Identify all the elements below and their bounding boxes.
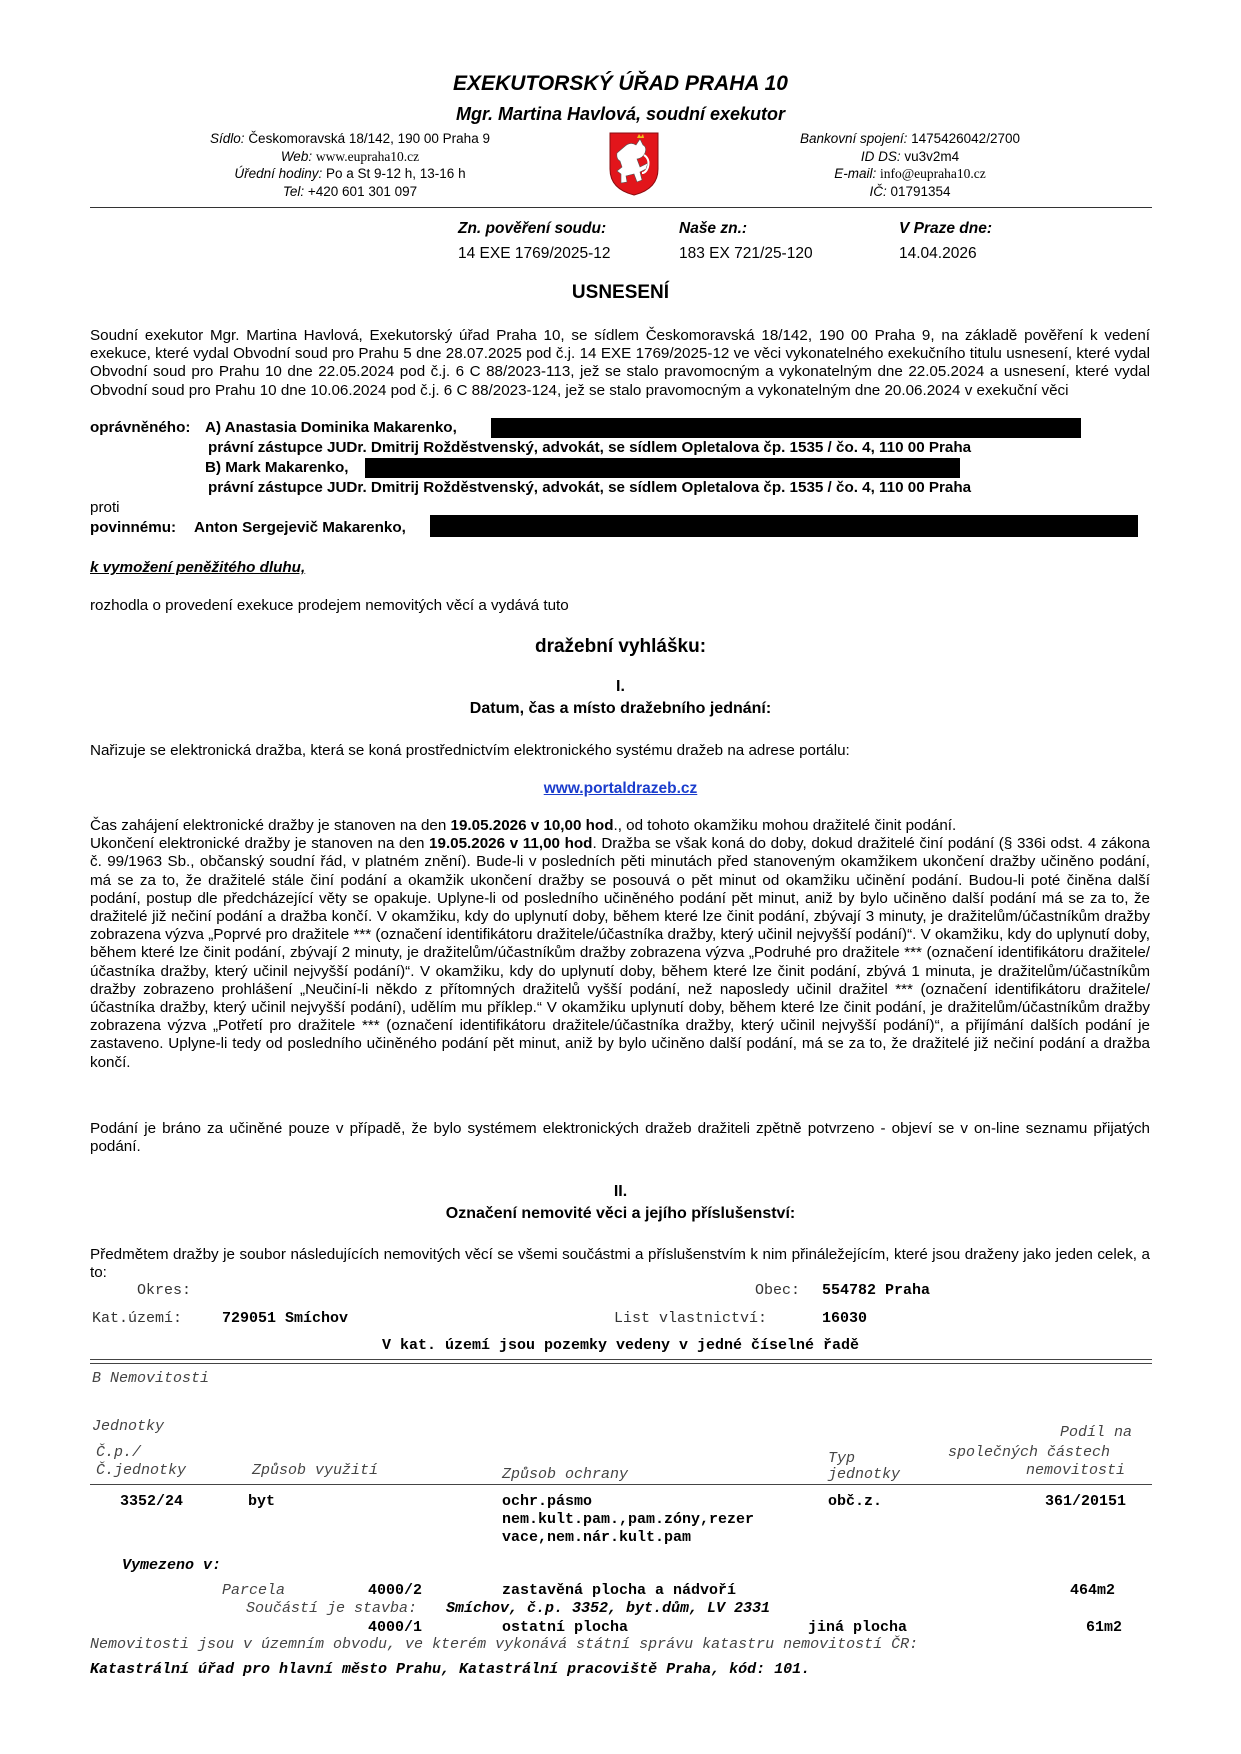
building-value: Smíchov, č.p. 3352, byt.dům, LV 2331 (446, 1600, 770, 1617)
our-reference: Naše zn.: 183 EX 721/25-120 (679, 216, 813, 266)
section-2-number: II. (0, 1183, 1241, 1201)
auction-notice-title: dražební vyhlášku: (0, 636, 1241, 658)
our-reference-label: Naše zn.: (679, 216, 813, 241)
redaction-bar (430, 515, 1138, 537)
unit-use: byt (248, 1493, 275, 1510)
parcel-area: 61m2 (1086, 1619, 1122, 1636)
court-reference-value: 14 EXE 1769/2025-12 (458, 241, 611, 266)
party-b-representative: právní zástupce JUDr. Dmitrij Rožděstven… (208, 478, 971, 498)
obec-value: 554782 Praha (822, 1282, 930, 1299)
col-protection: Způsob ochrany (502, 1466, 628, 1483)
start-text: Čas zahájení elektronické dražby je stan… (90, 817, 451, 834)
section-1-intro: Nařizuje se elektronická dražba, která s… (90, 742, 850, 759)
portal-link-wrap: www.portaldrazeb.cz (0, 780, 1241, 798)
obec-label: Obec: (755, 1282, 800, 1299)
end-text: Ukončení elektronické dražby je stanoven… (90, 835, 429, 852)
col-cp-1: Č.p./ (96, 1444, 141, 1461)
intro-paragraph: Soudní exekutor Mgr. Martina Havlová, Ex… (90, 327, 1150, 400)
start-text-post: ., od tohoto okamžiku mohou dražitelé či… (613, 817, 956, 834)
party-a-name: A) Anastasia Dominika Makarenko, (205, 418, 457, 438)
auction-timing-paragraph: Čas zahájení elektronické dražby je stan… (90, 817, 1150, 1072)
cadastral-area-value: 729051 Smíchov (222, 1310, 348, 1327)
document-title: USNESENÍ (0, 282, 1241, 304)
party-a-representative: právní zástupce JUDr. Dmitrij Rožděstven… (208, 438, 971, 458)
parcel-kind: Parcela (222, 1582, 285, 1599)
party-b-name: B) Mark Makarenko, (205, 458, 349, 478)
our-reference-value: 183 EX 721/25-120 (679, 241, 813, 266)
czech-lion-coat-of-arms-icon (608, 131, 660, 197)
ds-value: vu3v2m4 (904, 149, 959, 164)
entitled-label: oprávněného: (90, 418, 190, 438)
section-1-number: I. (0, 678, 1241, 696)
end-text-post: . Dražba se však koná do doby, dokud dra… (90, 835, 1150, 1070)
defined-in-label: Vymezeno v: (122, 1557, 221, 1574)
building-label: Součástí je stavba: (246, 1600, 417, 1617)
seat-label: Sídlo: (210, 131, 245, 146)
units-label: Jednotky (92, 1418, 164, 1435)
ownership-sheet-value: 16030 (822, 1310, 867, 1327)
parcel-use: ostatní plocha (502, 1619, 628, 1636)
web-label: Web: (281, 149, 312, 164)
section-2-title: Označení nemovité věci a jejího přísluše… (0, 1205, 1241, 1223)
obliged-label: povinnému: (90, 518, 176, 538)
office-contact-left: Sídlo: Českomoravská 18/142, 190 00 Prah… (180, 130, 520, 200)
court-reference: Zn. pověření soudu: 14 EXE 1769/2025-12 (458, 216, 611, 266)
start-datetime: 19.05.2026 v 10,00 hod (451, 817, 614, 834)
document-date-label: V Praze dne: (899, 216, 992, 241)
ds-label: ID DS: (861, 149, 901, 164)
end-datetime: 19.05.2026 v 11,00 hod (429, 835, 592, 852)
col-share-1: Podíl na (1060, 1424, 1132, 1441)
parcel-number: 4000/1 (368, 1619, 422, 1636)
header-divider (90, 207, 1152, 208)
parcel-type: jiná plocha (808, 1619, 907, 1636)
numbering-note: V kat. území jsou pozemky vedeny v jedné… (0, 1337, 1241, 1354)
seat-value: Českomoravská 18/142, 190 00 Praha 9 (248, 131, 490, 146)
obliged-name: Anton Sergejevič Makarenko, (194, 518, 406, 538)
bank-value: 1475426042/2700 (911, 131, 1020, 146)
ic-value: 01791354 (890, 184, 950, 199)
parcel-number: 4000/2 (368, 1582, 422, 1599)
ownership-sheet-label: List vlastnictví: (614, 1310, 767, 1327)
table-header-divider (90, 1484, 1152, 1485)
bid-confirmation-paragraph: Podání je bráno za učiněné pouze v přípa… (90, 1120, 1150, 1156)
unit-protection: ochr.pásmo nem.kult.pam.,pam.zóny,rezer … (502, 1493, 754, 1547)
office-contact-right: Bankovní spojení: 1475426042/2700 ID DS:… (760, 130, 1060, 200)
section-b-title: B Nemovitosti (92, 1370, 209, 1387)
document-date-value: 14.04.2026 (899, 241, 992, 266)
phone-value: +420 601 301 097 (308, 184, 417, 199)
okres-label: Okres: (137, 1282, 191, 1299)
cadastre-office-name: Katastrální úřad pro hlavní město Prahu,… (90, 1661, 810, 1678)
section-1-title: Datum, čas a místo dražebního jednání: (0, 700, 1241, 718)
decision-text: rozhodla o provedení exekuce prodejem ne… (90, 597, 569, 614)
ic-label: IČ: (869, 184, 886, 199)
portal-link[interactable]: www.portaldrazeb.cz (544, 780, 698, 797)
unit-share: 361/20151 (1045, 1493, 1126, 1510)
double-divider (90, 1359, 1152, 1364)
bank-label: Bankovní spojení: (800, 131, 907, 146)
col-use: Způsob využití (252, 1462, 378, 1479)
purpose-text: k vymožení peněžitého dluhu, (90, 559, 305, 576)
email-label: E-mail: (834, 166, 876, 181)
redaction-bar (365, 458, 960, 478)
section-2-intro: Předmětem dražby je soubor následujících… (90, 1246, 1150, 1282)
hours-value: Po a St 9-12 h, 13-16 h (326, 166, 466, 181)
against-label: proti (90, 499, 120, 516)
document-date: V Praze dne: 14.04.2026 (899, 216, 992, 266)
office-title: EXEKUTORSKÝ ÚŘAD PRAHA 10 (0, 72, 1241, 96)
parcel-area: 464m2 (1070, 1582, 1115, 1599)
cadastre-office-note: Nemovitosti jsou v územním obvodu, ve kt… (90, 1636, 918, 1653)
col-share-2: společných částech (948, 1444, 1110, 1461)
cadastral-area-label: Kat.území: (92, 1310, 182, 1327)
executor-name: Mgr. Martina Havlová, soudní exekutor (0, 104, 1241, 125)
email-link[interactable]: info@eupraha10.cz (880, 166, 986, 181)
parcel-use: zastavěná plocha a nádvoří (502, 1582, 736, 1599)
col-type-1: Typ (828, 1450, 855, 1467)
col-cp-2: Č.jednotky (96, 1462, 186, 1479)
col-type-2: jednotky (828, 1466, 900, 1483)
unit-type: obč.z. (828, 1493, 882, 1510)
hours-label: Úřední hodiny: (234, 166, 322, 181)
redaction-bar (491, 418, 1081, 438)
phone-label: Tel: (283, 184, 304, 199)
unit-cp: 3352/24 (120, 1493, 183, 1510)
court-reference-label: Zn. pověření soudu: (458, 216, 611, 241)
col-share-3: nemovitosti (1026, 1462, 1125, 1479)
web-link[interactable]: www.eupraha10.cz (316, 149, 419, 164)
